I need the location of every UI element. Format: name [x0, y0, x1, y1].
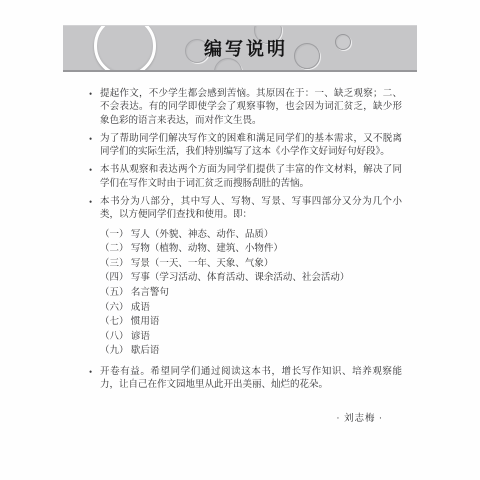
- paragraph-text: 本书从观察和表达两个方面为同学们提供了丰富的作文材料，解决了同学们在写作文时由于…: [100, 165, 402, 188]
- list-item: （九） 歇后语: [100, 344, 402, 359]
- bullet-icon: •: [89, 164, 92, 177]
- chapter-header-banner: 编写说明: [63, 25, 417, 72]
- book-page: 编写说明 •提起作文，不少学生都会感到苦恼。其原因在于：一、缺乏观察；二、不会表…: [0, 0, 480, 480]
- paragraph-materials: •本书从观察和表达两个方面为同学们提供了丰富的作文材料，解决了同学们在写作文时由…: [88, 164, 402, 191]
- paragraph-purpose: •为了帮助同学们解决写作文的困难和满足同学们的基本需求，又不脱离同学们的实际生活…: [88, 133, 402, 160]
- section-list: （一） 写人（外貌、神态、动作、品质） （二） 写物（植物、动物、建筑、小物件）…: [88, 228, 402, 359]
- paragraph-text: 开卷有益。希望同学们通过阅读这本书，增长写作知识、培养观察能力，让自己在作文园地…: [100, 367, 402, 390]
- paragraph-closing: •开卷有益。希望同学们通过阅读这本书，增长写作知识、培养观察能力，让自己在作文园…: [88, 366, 402, 393]
- paragraph-intro: •提起作文，不少学生都会感到苦恼。其原因在于：一、缺乏观察；二、不会表达。有的同…: [88, 88, 402, 128]
- list-item: （四） 写事（学习活动、体育活动、课余活动、社会活动）: [100, 271, 402, 286]
- bullet-icon: •: [89, 366, 92, 379]
- paragraph-text: 本书分为八部分，其中写人、写物、写景、写事四部分又分为几个小类，以方便同学们查找…: [100, 197, 402, 220]
- bullet-icon: •: [89, 196, 92, 209]
- list-item: （五） 名言警句: [100, 286, 402, 301]
- author-signature: · 刘志梅 ·: [336, 410, 383, 424]
- paragraph-structure: •本书分为八部分，其中写人、写物、写景、写事四部分又分为几个小类，以方便同学们查…: [88, 196, 402, 223]
- list-item: （二） 写物（植物、动物、建筑、小物件）: [100, 242, 402, 257]
- paragraph-text: 为了帮助同学们解决写作文的困难和满足同学们的基本需求，又不脱离同学们的实际生活，…: [100, 134, 402, 157]
- list-item: （八） 谚语: [100, 330, 402, 345]
- list-item: （一） 写人（外貌、神态、动作、品质）: [100, 228, 402, 243]
- list-item: （六） 成语: [100, 301, 402, 316]
- body-text-column: •提起作文，不少学生都会感到苦恼。其原因在于：一、缺乏观察；二、不会表达。有的同…: [88, 88, 402, 398]
- list-item: （七） 惯用语: [100, 315, 402, 330]
- paragraph-text: 提起作文，不少学生都会感到苦恼。其原因在于：一、缺乏观察；二、不会表达。有的同学…: [100, 89, 402, 126]
- page-title: 编写说明: [63, 26, 417, 70]
- bullet-icon: •: [89, 88, 92, 101]
- list-item: （三） 写景（一天、一年、天象、气象）: [100, 257, 402, 272]
- bullet-icon: •: [89, 133, 92, 146]
